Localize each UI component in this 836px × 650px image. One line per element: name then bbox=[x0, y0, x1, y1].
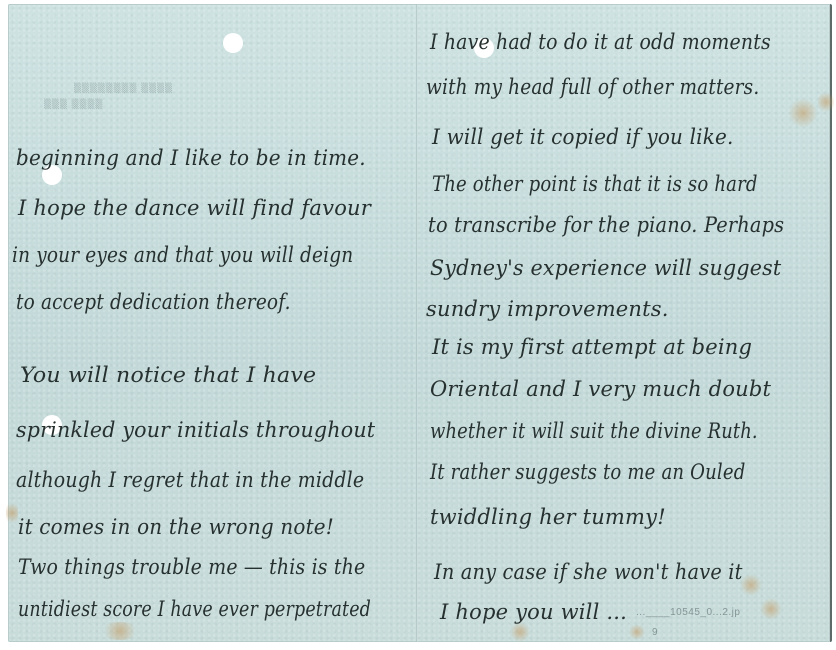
foxing-stain bbox=[788, 98, 818, 128]
foxing-stain bbox=[740, 574, 762, 596]
handwritten-line: twiddling her tummy! bbox=[430, 505, 666, 529]
handwritten-line: untidiest score I have ever perpetrated bbox=[18, 597, 371, 621]
handwritten-line: Two things trouble me — this is the bbox=[18, 555, 365, 579]
handwritten-line: to accept dedication thereof. bbox=[16, 290, 291, 314]
archive-page-number: 9 bbox=[652, 627, 658, 638]
handwritten-line: to transcribe for the piano. Perhaps bbox=[428, 213, 784, 237]
handwritten-line: I have had to do it at odd moments bbox=[430, 30, 771, 54]
handwritten-line: I hope you will ... bbox=[440, 600, 627, 624]
embossed-letterhead: ▒▒▒▒▒▒▒▒ ▒▒▒▒ bbox=[74, 84, 173, 94]
foxing-stain bbox=[100, 622, 140, 640]
foxing-stain bbox=[510, 622, 530, 642]
handwritten-line: In any case if she won't have it bbox=[434, 560, 743, 584]
handwritten-line: beginning and I like to be in time. bbox=[16, 146, 366, 170]
handwritten-line: Oriental and I very much doubt bbox=[430, 377, 771, 401]
handwritten-line: sundry improvements. bbox=[426, 297, 669, 321]
handwritten-line: whether it will suit the divine Ruth. bbox=[430, 419, 758, 443]
archive-reference-stamp: ...____10545_0...2.jp bbox=[636, 607, 740, 618]
handwritten-line: with my head full of other matters. bbox=[426, 75, 759, 99]
handwritten-line: It rather suggests to me an Ouled bbox=[430, 460, 745, 484]
foxing-stain bbox=[6, 500, 18, 526]
letter-sheet bbox=[8, 4, 832, 642]
handwritten-line: I will get it copied if you like. bbox=[432, 125, 734, 149]
handwritten-line: in your eyes and that you will deign bbox=[12, 243, 353, 267]
punch-hole bbox=[223, 33, 243, 53]
handwritten-line: Sydney's experience will suggest bbox=[430, 256, 781, 280]
embossed-letterhead: ▒▒▒ ▒▒▒▒ bbox=[44, 100, 103, 110]
handwritten-line: It is my first attempt at being bbox=[432, 335, 752, 359]
handwritten-line: although I regret that in the middle bbox=[16, 468, 364, 492]
foxing-stain bbox=[760, 598, 782, 620]
foxing-stain bbox=[628, 625, 646, 639]
handwritten-line: The other point is that it is so hard bbox=[432, 172, 758, 196]
handwritten-line: sprinkled your initials throughout bbox=[16, 418, 375, 442]
handwritten-line: I hope the dance will find favour bbox=[18, 196, 371, 220]
foxing-stain bbox=[818, 90, 834, 114]
center-fold bbox=[416, 4, 418, 642]
handwritten-line: You will notice that I have bbox=[20, 363, 316, 387]
handwritten-line: it comes in on the wrong note! bbox=[18, 515, 334, 539]
